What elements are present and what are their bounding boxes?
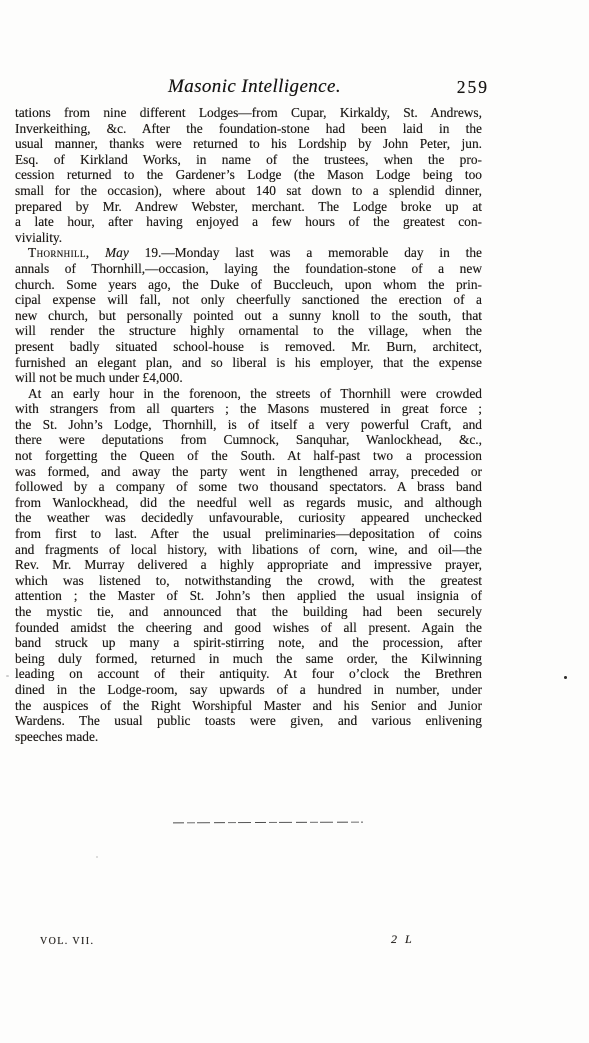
text-segment: was formed, and away the party went in l… [15,464,482,479]
text-segment: attention ; the Master of St. John’s the… [15,588,482,603]
text-segment: Esq. of Kirkland Works, in name of the t… [15,152,482,167]
scanned-page: Masonic Intelligence. 259 tations from n… [0,0,589,1043]
text-segment: being duly formed, returned in much the … [15,651,482,666]
text-line: speeches made. [15,729,482,745]
text-line: from first to last. After the usual prel… [15,526,482,542]
text-line: church. Some years ago, the Duke of Bucc… [15,277,482,293]
text-line: the weather was decidedly unfavourable, … [15,510,482,526]
text-line: Esq. of Kirkland Works, in name of the t… [15,152,482,168]
text-line: the St. John’s Lodge, Thornhill, is of i… [15,417,482,433]
text-segment: dined in the Lodge-room, say upwards of … [15,682,482,697]
text-line: tations from nine different Lodges—from … [15,105,482,121]
text-segment: will not be much under £4,000. [15,370,183,385]
text-segment: At an early hour in the forenoon, the st… [28,386,482,401]
text-line: was formed, and away the party went in l… [15,464,482,480]
text-segment: annals of Thornhill,—occasion, laying th… [15,261,482,276]
text-line: attention ; the Master of St. John’s the… [15,588,482,604]
body-paragraph: Thornhill, May 19.—Monday last was a mem… [15,245,482,385]
text-line: small for the occasion), where about 140… [15,183,482,199]
text-line: cipal expense will fall, not only cheerf… [15,292,482,308]
text-line: with strangers from all quarters ; the M… [15,401,482,417]
text-segment: band struck up many a spirit-stirring no… [15,635,482,650]
text-segment: present badly situated school-house is r… [15,339,482,354]
text-segment: Thornhill [28,245,86,260]
ink-speck [96,856,98,858]
text-line: not forgetting the Queen of the South. A… [15,448,482,464]
text-line: Rev. Mr. Murray delivered a highly appro… [15,557,482,573]
text-segment: new church, but personally pointed out a… [15,308,482,323]
printers-signature: 2 L [391,932,414,947]
text-line: usual manner, thanks were returned to hi… [15,136,482,152]
text-segment: tations from nine different Lodges—from … [15,105,482,120]
body-paragraph: tations from nine different Lodges—from … [15,105,482,245]
text-segment: Inverkeithing, &c. After the foundation-… [15,121,482,136]
running-title: Masonic Intelligence. [15,76,482,98]
text-line: leading on account of their antiquity. A… [15,666,482,682]
text-segment: cession returned to the Gardener’s Lodge… [15,167,482,182]
ink-speck [6,675,9,677]
text-line: a late hour, after having enjoyed a few … [15,214,482,230]
text-segment: , [86,245,105,260]
text-segment: speeches made. [15,729,98,744]
volume-label: VOL. VII. [40,936,94,947]
text-segment: from first to last. After the usual prel… [15,526,482,541]
text-segment: followed by a company of some two thousa… [15,479,482,494]
article-text: tations from nine different Lodges—from … [15,105,482,744]
text-line: present badly situated school-house is r… [15,339,482,355]
text-line: founded amidst the cheering and good wis… [15,620,482,636]
text-line: band struck up many a spirit-stirring no… [15,635,482,651]
section-divider-rule [173,822,363,825]
text-segment: and fragments of local history, with lib… [15,542,482,557]
text-segment: prepared by Mr. Andrew Webster, merchant… [15,199,482,214]
text-segment: usual manner, thanks were returned to hi… [15,136,482,151]
text-line: prepared by Mr. Andrew Webster, merchant… [15,199,482,215]
text-segment: Wardens. The usual public toasts were gi… [15,713,482,728]
text-line: Wardens. The usual public toasts were gi… [15,713,482,729]
text-line: there were deputations from Cumnock, San… [15,432,482,448]
text-line: the auspices of the Right Worshipful Mas… [15,698,482,714]
page-number: 259 [457,77,489,98]
body-paragraph: At an early hour in the forenoon, the st… [15,386,482,745]
text-segment: church. Some years ago, the Duke of Bucc… [15,277,482,292]
text-line: dined in the Lodge-room, say upwards of … [15,682,482,698]
text-line: the mystic tie, and announced that the b… [15,604,482,620]
text-line: being duly formed, returned in much the … [15,651,482,667]
text-line: new church, but personally pointed out a… [15,308,482,324]
text-segment: will render the structure highly ornamen… [15,323,482,338]
text-line: At an early hour in the forenoon, the st… [15,386,482,402]
text-segment: with strangers from all quarters ; the M… [15,401,482,416]
text-segment: cipal expense will fall, not only cheerf… [15,292,482,307]
text-line: Inverkeithing, &c. After the foundation-… [15,121,482,137]
text-segment: the weather was decidedly unfavourable, … [15,510,482,525]
text-line: and fragments of local history, with lib… [15,542,482,558]
text-segment: Rev. Mr. Murray delivered a highly appro… [15,557,482,572]
text-line: will not be much under £4,000. [15,370,482,386]
text-line: annals of Thornhill,—occasion, laying th… [15,261,482,277]
text-segment: founded amidst the cheering and good wis… [15,620,482,635]
text-line: from Wanlockhead, did the needful well a… [15,495,482,511]
text-line: which was listened to, notwithstanding t… [15,573,482,589]
text-segment: leading on account of their antiquity. A… [15,666,482,681]
text-segment: May [105,245,129,260]
text-line: followed by a company of some two thousa… [15,479,482,495]
text-segment: small for the occasion), where about 140… [15,183,482,198]
text-segment: there were deputations from Cumnock, San… [15,432,482,447]
text-segment: not forgetting the Queen of the South. A… [15,448,482,463]
text-segment: viviality. [15,230,62,245]
text-segment: furnished an elegant plan, and so libera… [15,355,482,370]
text-line: will render the structure highly ornamen… [15,323,482,339]
text-segment: the auspices of the Right Worshipful Mas… [15,698,482,713]
text-segment: 19.—Monday last was a memorable day in t… [129,245,482,260]
text-segment: from Wanlockhead, did the needful well a… [15,495,482,510]
text-line: cession returned to the Gardener’s Lodge… [15,167,482,183]
ink-speck [564,676,567,679]
text-segment: the mystic tie, and announced that the b… [15,604,482,619]
text-line: Thornhill, May 19.—Monday last was a mem… [15,245,482,261]
text-segment: the St. John’s Lodge, Thornhill, is of i… [15,417,482,432]
text-line: furnished an elegant plan, and so libera… [15,355,482,371]
text-segment: a late hour, after having enjoyed a few … [15,214,482,229]
page-header: Masonic Intelligence. 259 [15,76,482,98]
text-line: viviality. [15,230,482,246]
text-segment: which was listened to, notwithstanding t… [15,573,482,588]
